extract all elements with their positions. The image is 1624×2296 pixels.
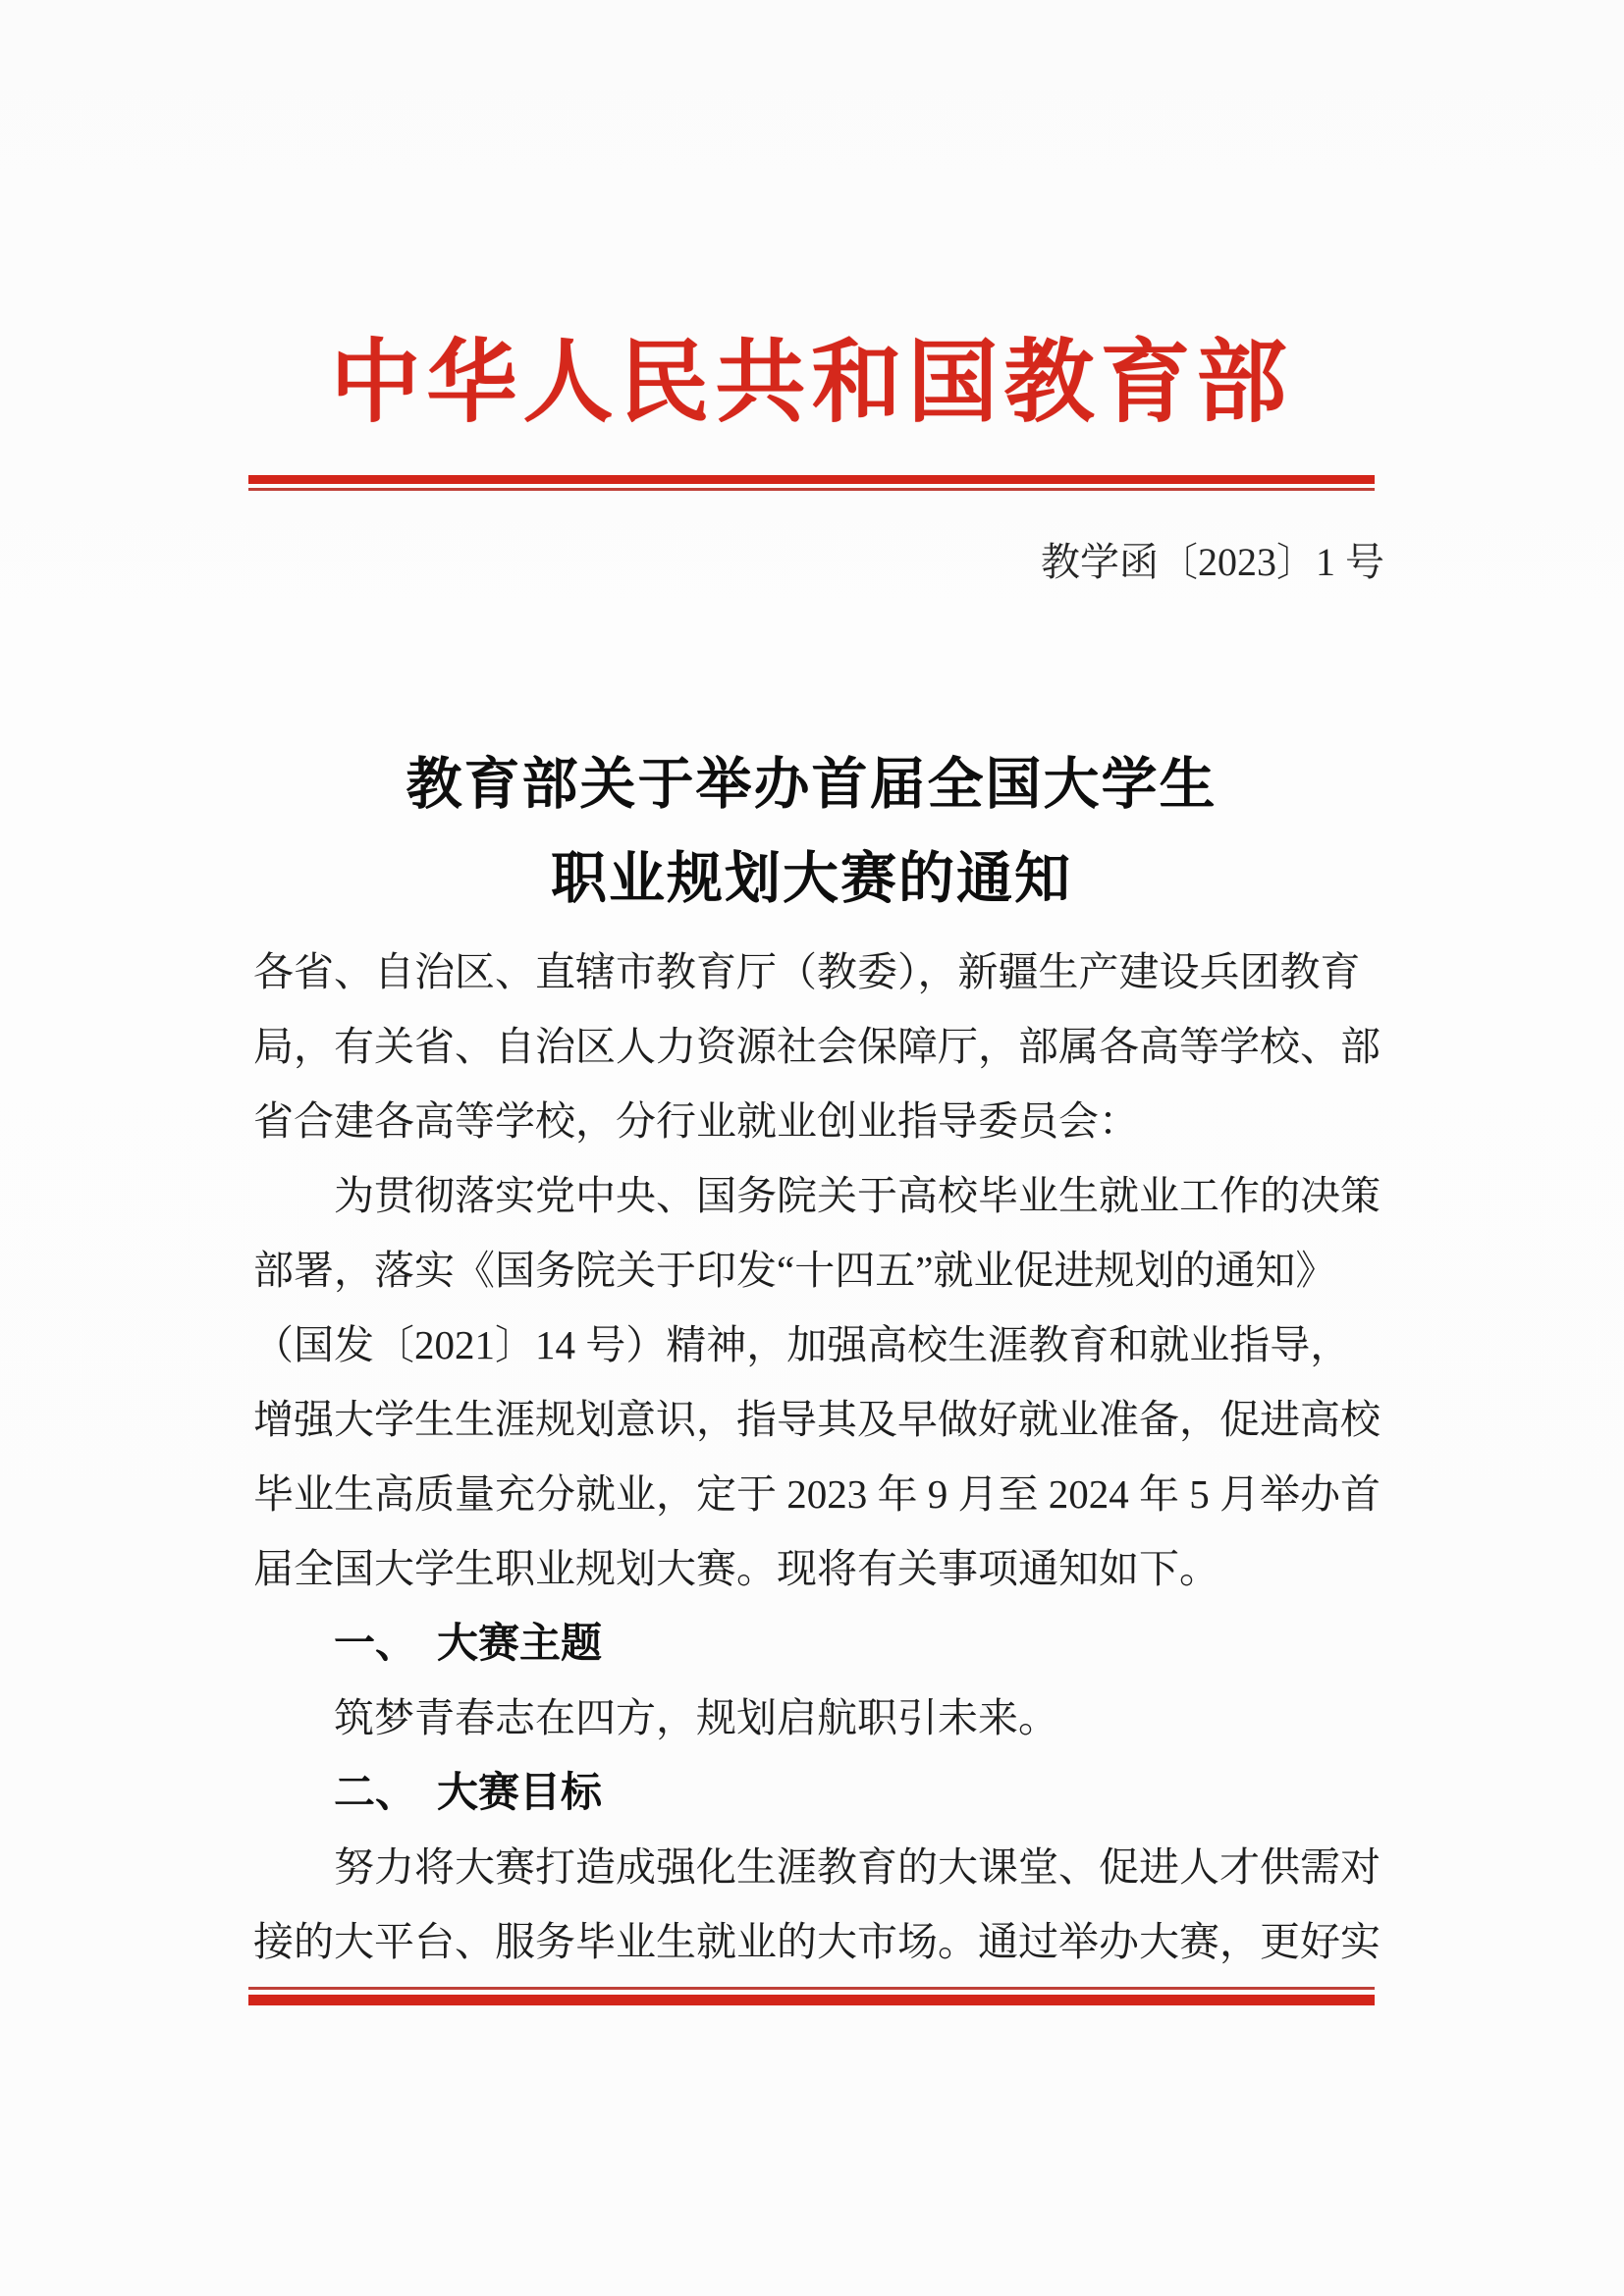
body-text: 各省、自治区、直辖市教育厅（教委），新疆生产建设兵团教育 局，有关省、自治区人力… xyxy=(253,934,1386,1979)
intro-line: 毕业生高质量充分就业，定于 2023 年 9 月至 2024 年 5 月举办首 xyxy=(253,1457,1386,1531)
intro-line: 部署，落实《国务院关于印发“十四五”就业促进规划的通知》 xyxy=(253,1233,1386,1308)
intro-line: （国发〔2021〕14 号）精神，加强高校生涯教育和就业指导， xyxy=(253,1308,1386,1382)
salutation-line: 局，有关省、自治区人力资源社会保障厅，部属各高等学校、部 xyxy=(253,1009,1386,1084)
section-heading-theme: 一、 大赛主题 xyxy=(253,1606,1386,1681)
notice-title-line1: 教育部关于举办首届全国大学生 xyxy=(248,738,1375,832)
section-heading-goal: 二、 大赛目标 xyxy=(253,1755,1386,1830)
notice-title-line2: 职业规划大赛的通知 xyxy=(248,832,1375,927)
section-line: 接的大平台、服务毕业生就业的大市场。通过举办大赛，更好实 xyxy=(253,1904,1386,1979)
section-line: 筑梦青春志在四方，规划启航职引未来。 xyxy=(253,1681,1386,1755)
section-line: 努力将大赛打造成强化生涯教育的大课堂、促进人才供需对 xyxy=(253,1830,1386,1904)
footer-double-rule xyxy=(248,1987,1375,2005)
rule-thin-line xyxy=(248,488,1375,491)
intro-line: 为贯彻落实党中央、国务院关于高校毕业生就业工作的决策 xyxy=(253,1158,1386,1233)
ministry-letterhead: 中华人民共和国教育部 xyxy=(248,324,1375,442)
notice-title: 教育部关于举办首届全国大学生 职业规划大赛的通知 xyxy=(248,738,1375,927)
salutation-line: 各省、自治区、直辖市教育厅（教委），新疆生产建设兵团教育 xyxy=(253,934,1386,1009)
rule-thick-line xyxy=(248,475,1375,484)
document-page: 中华人民共和国教育部 教学函〔2023〕1 号 教育部关于举办首届全国大学生 职… xyxy=(0,0,1624,2296)
letterhead-double-rule xyxy=(248,475,1375,491)
salutation-line: 省合建各高等学校，分行业就业创业指导委员会： xyxy=(253,1084,1386,1158)
intro-line: 增强大学生生涯规划意识，指导其及早做好就业准备，促进高校 xyxy=(253,1382,1386,1457)
rule-thick-line xyxy=(248,1995,1375,2005)
doc-number: 教学函〔2023〕1 号 xyxy=(1041,535,1384,590)
intro-line: 届全国大学生职业规划大赛。现将有关事项通知如下。 xyxy=(253,1531,1386,1606)
